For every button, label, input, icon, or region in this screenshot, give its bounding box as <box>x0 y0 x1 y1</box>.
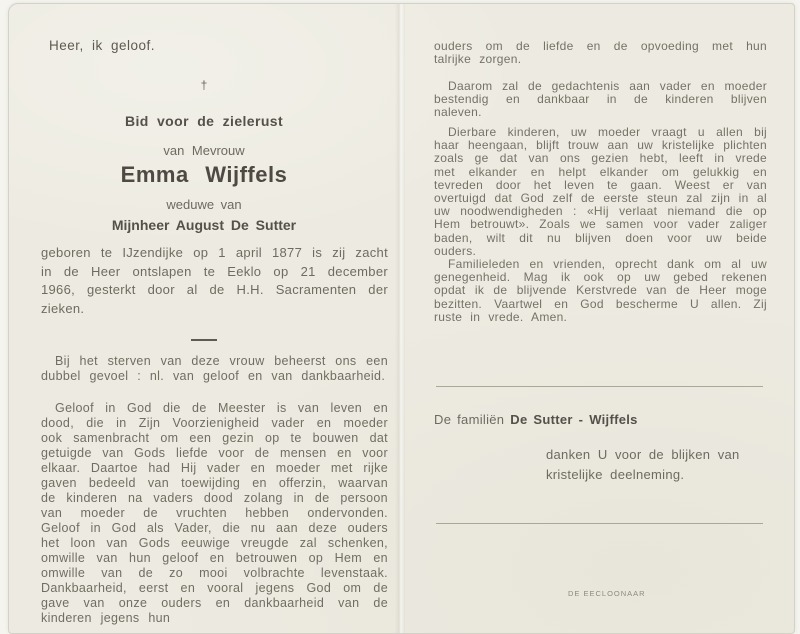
thanks-line: kristelijke deelneming. <box>546 465 776 485</box>
divider-dash <box>191 339 217 341</box>
spouse-name: Mijnheer August De Sutter <box>29 217 379 233</box>
divider-line-top <box>436 386 763 387</box>
card-fold <box>395 4 405 633</box>
body-paragraph: Bij het sterven van deze vrouw beheerst … <box>41 354 388 384</box>
prayer-heading: Bid voor de zielerust <box>29 113 379 129</box>
opening-line: Heer, ik geloof. <box>49 38 349 53</box>
widow-line: weduwe van <box>29 197 379 212</box>
section-divider <box>29 328 379 346</box>
deceased-name: Emma Wijffels <box>29 162 379 188</box>
divider-line-bottom <box>436 523 763 524</box>
body-paragraph: Dierbare kinderen, uw moeder vraagt u al… <box>434 126 767 258</box>
body-paragraph-continuation: ouders om de liefde en de opvoeding met … <box>434 40 767 66</box>
family-prefix: De familiën <box>434 412 504 427</box>
address-title: van Mevrouw <box>29 143 379 158</box>
body-paragraph: Geloof in God die de Meester is van leve… <box>41 401 388 626</box>
family-names: De Sutter - Wijffels <box>510 412 637 427</box>
thanks-message: danken U voor de blijken van kristelijke… <box>546 445 776 485</box>
thanks-line: danken U voor de blijken van <box>546 445 776 465</box>
family-acknowledgement: De familiën De Sutter - Wijffels <box>434 412 767 427</box>
body-paragraph: Familieleden en vrienden, oprecht dank o… <box>434 258 767 324</box>
biography-paragraph: geboren te IJzendijke op 1 april 1877 is… <box>41 244 388 318</box>
body-paragraph: Daarom zal de gedachtenis aan vader en m… <box>434 80 767 120</box>
cross-icon: † <box>29 78 379 92</box>
prayer-card: Heer, ik geloof. † Bid voor de zielerust… <box>8 3 795 634</box>
printer-mark: DE EECLOONAAR <box>568 589 768 598</box>
memorial-card-scan: Heer, ik geloof. † Bid voor de zielerust… <box>0 0 800 634</box>
